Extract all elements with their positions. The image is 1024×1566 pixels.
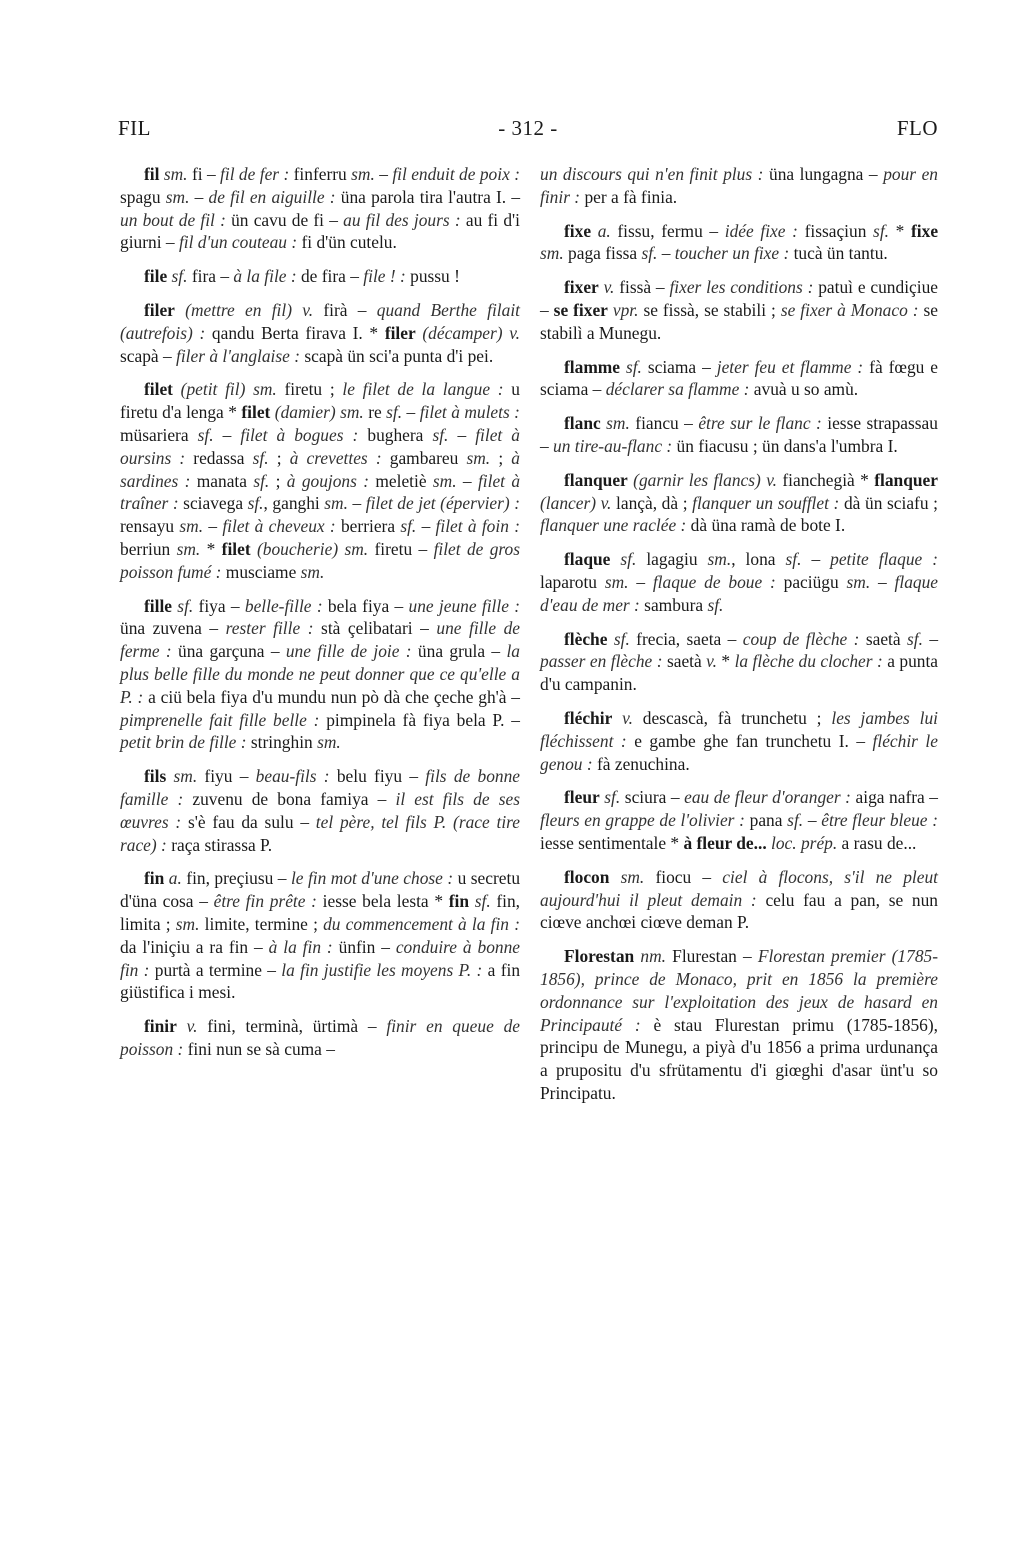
french-text: sm. xyxy=(166,187,190,207)
monegasque-text: a rasu de... xyxy=(837,833,916,853)
monegasque-text: – xyxy=(803,810,821,830)
french-text: être sur le flanc : xyxy=(698,413,822,433)
french-text: coup de flèche : xyxy=(743,629,860,649)
page-header: FIL - 312 - FLO xyxy=(118,116,938,146)
monegasque-text: üna zuvena – xyxy=(120,618,226,638)
french-text: du commencement à la fin : xyxy=(323,914,520,934)
monegasque-text: üna parola tira l'autra I. – xyxy=(336,187,520,207)
french-text: fleurs en grappe de l'olivier : xyxy=(540,810,745,830)
french-text: sf. xyxy=(907,629,923,649)
headword: filet xyxy=(241,402,270,422)
monegasque-text: Flurestan – xyxy=(666,946,758,966)
monegasque-text: de fira – xyxy=(297,266,364,286)
french-text: à la file : xyxy=(233,266,296,286)
french-text: sm. xyxy=(351,164,375,184)
french-text: rester fille : xyxy=(226,618,314,638)
monegasque-text: * xyxy=(717,651,735,671)
monegasque-text: limite, termine ; xyxy=(199,914,323,934)
french-text: beau-fils : xyxy=(256,766,330,786)
left-column: fil sm. fi – fil de fer : finferru sm. –… xyxy=(120,163,520,1072)
french-text: à crevettes : xyxy=(290,448,382,468)
french-text: fil enduit de poix : xyxy=(392,164,520,184)
headword: file xyxy=(144,266,167,286)
monegasque-text: gambareu xyxy=(382,448,467,468)
dictionary-entry-filer: filer (mettre en fil) v. firà – quand Be… xyxy=(120,299,520,367)
french-text: belle-fille : xyxy=(245,596,323,616)
headword: flaque xyxy=(564,549,610,569)
french-text: flaque de boue : xyxy=(653,572,776,592)
monegasque-text: berriera xyxy=(336,516,401,536)
headword: fils xyxy=(144,766,166,786)
monegasque-text: finferru xyxy=(289,164,351,184)
monegasque-text: rensayu xyxy=(120,516,179,536)
monegasque-text: meletiè xyxy=(369,471,433,491)
monegasque-text: paciügu xyxy=(776,572,847,592)
monegasque-text: manata xyxy=(190,471,253,491)
monegasque-text: üna grula – xyxy=(412,641,507,661)
french-text: filet à bogues : xyxy=(240,425,358,445)
dictionary-entry-flanc: flanc sm. fiancu – être sur le flanc : i… xyxy=(540,412,938,458)
monegasque-text: fà zenuchina. xyxy=(593,754,690,774)
french-text: sm. xyxy=(605,572,629,592)
french-text: sf. xyxy=(620,357,642,377)
french-text: sm. xyxy=(433,471,457,491)
french-text: sf. xyxy=(641,243,657,263)
headword: filer xyxy=(144,300,175,320)
dictionary-entry-flocon: flocon sm. fiocu – ciel à flocons, s'il … xyxy=(540,866,938,934)
monegasque-text: lançà, dà ; xyxy=(611,493,692,513)
french-text: sm. xyxy=(176,914,200,934)
monegasque-text: fianchegià * xyxy=(777,470,874,490)
monegasque-text: fini, terminà, ürtimà – xyxy=(197,1016,386,1036)
french-text: à goujons : xyxy=(287,471,369,491)
french-text: sf. xyxy=(432,425,448,445)
headword: fin xyxy=(144,868,164,888)
monegasque-text: – xyxy=(801,549,830,569)
monegasque-text: scapà ün sci'a punta d'i pei. xyxy=(300,346,493,366)
headword: fixe xyxy=(911,221,938,241)
monegasque-text: – xyxy=(402,402,420,422)
headword: à fleur de... xyxy=(683,833,766,853)
french-text: une fille de joie : xyxy=(286,641,412,661)
dictionary-entry-fille: fille sf. fiya – belle-fille : bela fiya… xyxy=(120,595,520,755)
monegasque-text: saetà xyxy=(859,629,907,649)
monegasque-text: laparotu xyxy=(540,572,605,592)
french-text: sf. xyxy=(607,629,629,649)
headword: fleur xyxy=(564,787,600,807)
french-text: la fin justifie les moyens P. : xyxy=(281,960,482,980)
monegasque-text: üna lungagna – xyxy=(763,164,883,184)
french-text: sf. xyxy=(600,787,621,807)
french-text: idée fixe : xyxy=(725,221,798,241)
monegasque-text: pana xyxy=(745,810,787,830)
french-text: sf. xyxy=(873,221,889,241)
french-text: pimprenelle fait fille belle : xyxy=(120,710,319,730)
french-text: file ! : xyxy=(363,266,406,286)
monegasque-text: firetu ; xyxy=(277,379,343,399)
french-text: sm. xyxy=(847,572,871,592)
headword: finir xyxy=(144,1016,177,1036)
french-text: sm. xyxy=(601,413,630,433)
monegasque-text: * xyxy=(889,221,911,241)
monegasque-text: ; xyxy=(490,448,511,468)
french-text: sf. xyxy=(400,516,416,536)
monegasque-text: fissu, fermu – xyxy=(611,221,725,241)
headword: se fixer xyxy=(554,300,608,320)
french-text: (petit fil) sm. xyxy=(173,379,277,399)
french-text: petit brin de fille : xyxy=(120,732,247,752)
headword: fin xyxy=(449,891,469,911)
french-text: sm. xyxy=(179,516,203,536)
monegasque-text: s'è fau da sulu – xyxy=(181,812,316,832)
monegasque-text: berriun xyxy=(120,539,177,559)
french-text: (boucherie) sm. xyxy=(251,539,369,559)
french-text: v. xyxy=(706,651,717,671)
monegasque-text: fin, preçiusu – xyxy=(182,868,291,888)
dictionary-entry-fleur: fleur sf. sciura – eau de fleur d'orange… xyxy=(540,786,938,854)
french-text: v. xyxy=(177,1016,198,1036)
headword: flèche xyxy=(564,629,607,649)
monegasque-text: zuvenu de bona famiya – xyxy=(183,789,395,809)
monegasque-text: sambura xyxy=(640,595,708,615)
monegasque-text: spagu xyxy=(120,187,166,207)
french-text: un bout de fil : xyxy=(120,210,226,230)
monegasque-text: scapà – xyxy=(120,346,176,366)
right-column: un discours qui n'en finit plus : üna lu… xyxy=(540,163,938,1116)
dictionary-entry-fixe: fixe a. fissu, fermu – idée fixe : fissa… xyxy=(540,220,938,266)
monegasque-text: fiya – xyxy=(193,596,245,616)
monegasque-text: iesse bela lesta * xyxy=(317,891,449,911)
french-text: petite flaque : xyxy=(830,549,938,569)
monegasque-text: frecia, saeta – xyxy=(630,629,743,649)
monegasque-text: ün cavu de fi – xyxy=(226,210,343,230)
monegasque-text: fi – xyxy=(188,164,221,184)
monegasque-text: fiancu – xyxy=(630,413,698,433)
french-text: sm. xyxy=(708,549,732,569)
dictionary-entry-filet: filet (petit fil) sm. firetu ; le filet … xyxy=(120,378,520,583)
monegasque-text: müsariera xyxy=(120,425,198,445)
french-text: sm. xyxy=(177,539,201,559)
french-text: vpr. xyxy=(608,300,639,320)
french-text: sf. xyxy=(786,549,802,569)
monegasque-text: fiocu – xyxy=(644,867,722,887)
french-text: sf. xyxy=(167,266,187,286)
french-text: (décamper) v. xyxy=(416,323,520,343)
monegasque-text: saetà xyxy=(663,651,707,671)
monegasque-text: sciavega xyxy=(179,493,248,513)
monegasque-text: stà çelibatari – xyxy=(314,618,437,638)
french-text: (garnir les flancs) v. xyxy=(628,470,777,490)
dictionary-entry-file: file sf. fira – à la file : de fira – fi… xyxy=(120,265,520,288)
french-text: au fil des jours : xyxy=(343,210,461,230)
french-text: eau de fleur d'oranger : xyxy=(684,787,851,807)
monegasque-text: a ciü bela fiya d'u mundu nun pò dà che … xyxy=(143,687,520,707)
french-text: sm. xyxy=(166,766,197,786)
monegasque-text: paga fissa xyxy=(564,243,642,263)
monegasque-text: ünfin – xyxy=(333,937,396,957)
monegasque-text: fissaçiun xyxy=(798,221,873,241)
french-text: de fil en aiguille : xyxy=(209,187,336,207)
monegasque-text: pussu ! xyxy=(406,266,460,286)
monegasque-text: sciama – xyxy=(642,357,717,377)
dictionary-entry-fleche: flèche sf. frecia, saeta – coup de flèch… xyxy=(540,628,938,696)
dictionary-entry-finir-cont: un discours qui n'en finit plus : üna lu… xyxy=(540,163,938,209)
headword: fixe xyxy=(564,221,591,241)
french-text: fil d'un couteau : xyxy=(179,232,297,252)
french-text: le fin mot d'une chose : xyxy=(291,868,453,888)
french-text: sf. xyxy=(469,891,491,911)
french-text: sm. xyxy=(324,493,348,513)
french-text: sf. xyxy=(787,810,803,830)
dictionary-entry-flamme: flamme sf. sciama – jeter feu et flamme … xyxy=(540,356,938,402)
french-text: filet à cheveux : xyxy=(222,516,335,536)
headword: Florestan xyxy=(564,946,634,966)
monegasque-text: se fissà, se stabili ; xyxy=(638,300,780,320)
monegasque-text: fissà – xyxy=(614,277,669,297)
page-number: - 312 - xyxy=(118,116,938,141)
french-text: a. xyxy=(164,868,182,888)
monegasque-text: musciame xyxy=(221,562,300,582)
french-text: une jeune fille : xyxy=(409,596,521,616)
french-text: sm. xyxy=(159,164,187,184)
monegasque-text: ; xyxy=(269,471,287,491)
monegasque-text: – xyxy=(214,425,241,445)
monegasque-text: – xyxy=(629,572,653,592)
french-text: loc. prép. xyxy=(767,833,838,853)
dictionary-entry-fil: fil sm. fi – fil de fer : finferru sm. –… xyxy=(120,163,520,254)
french-text: sf. xyxy=(198,425,214,445)
french-text: v. xyxy=(599,277,615,297)
monegasque-text: – xyxy=(189,187,208,207)
dictionary-entry-fils: fils sm. fiyu – beau-fils : belu fiyu – … xyxy=(120,765,520,856)
french-text: se fixer à Monaco : xyxy=(781,300,919,320)
french-text: jeter feu et flamme : xyxy=(717,357,863,377)
french-text: la flèche du clocher : xyxy=(735,651,883,671)
french-text: v. xyxy=(612,708,633,728)
monegasque-text: firetu – xyxy=(368,539,433,559)
monegasque-text: avuà u so amù. xyxy=(749,379,858,399)
dictionary-entry-fin: fin a. fin, preçiusu – le fin mot d'une … xyxy=(120,867,520,1004)
french-text: être fleur bleue : xyxy=(821,810,938,830)
french-text: (damier) sm. xyxy=(270,402,363,422)
french-text: flanquer un soufflet : xyxy=(692,493,839,513)
monegasque-text: – xyxy=(348,493,366,513)
french-text: être fin prête : xyxy=(214,891,317,911)
monegasque-text: – xyxy=(203,516,222,536)
french-text: filet à mulets : xyxy=(420,402,520,422)
monegasque-text: – xyxy=(448,425,475,445)
monegasque-text: – xyxy=(870,572,894,592)
dictionary-entry-florestan: Florestan nm. Flurestan – Florestan prem… xyxy=(540,945,938,1105)
monegasque-text: – xyxy=(923,629,938,649)
french-text: nm. xyxy=(634,946,666,966)
monegasque-text: pimpinela fà fiya bela P. – xyxy=(319,710,520,730)
monegasque-text: , ganghi xyxy=(264,493,325,513)
monegasque-text: * xyxy=(200,539,221,559)
french-text: filet à foin : xyxy=(436,516,520,536)
monegasque-text: raça stirassa P. xyxy=(167,835,272,855)
monegasque-text: bela fiya – xyxy=(323,596,409,616)
monegasque-text: – xyxy=(457,471,478,491)
french-text: sm. xyxy=(466,448,490,468)
monegasque-text: tucà ün tantu. xyxy=(789,243,888,263)
dictionary-entry-flechir: fléchir v. descascà, fà trunchetu ; les … xyxy=(540,707,938,775)
monegasque-text: per a fà finia. xyxy=(580,187,677,207)
french-text: sf. xyxy=(172,596,193,616)
monegasque-text: ün fiacusu ; ün dans'a l'umbra I. xyxy=(672,436,898,456)
dictionary-entry-finir: finir v. fini, terminà, ürtimà – finir e… xyxy=(120,1015,520,1061)
french-text: fil de fer : xyxy=(220,164,289,184)
monegasque-text: – xyxy=(657,243,674,263)
headword: flanquer xyxy=(874,470,938,490)
headword: fixer xyxy=(564,277,599,297)
french-text: toucher un fixe : xyxy=(675,243,789,263)
french-text: un tire-au-flanc : xyxy=(553,436,672,456)
french-text: fixer les conditions : xyxy=(669,277,813,297)
french-text: (mettre en fil) v. xyxy=(175,300,313,320)
monegasque-text: purtà a termine – xyxy=(149,960,281,980)
headword: flocon xyxy=(564,867,609,887)
monegasque-text: – xyxy=(416,516,435,536)
french-text: sf. xyxy=(253,471,269,491)
french-text: le filet de la langue : xyxy=(342,379,503,399)
french-text: filet de jet (épervier) : xyxy=(366,493,520,513)
headword: filer xyxy=(385,323,416,343)
french-text: (lancer) v. xyxy=(540,493,611,513)
monegasque-text: redassa xyxy=(185,448,252,468)
monegasque-text: , lona xyxy=(731,549,785,569)
french-text: sf. xyxy=(253,448,269,468)
french-text: sf. xyxy=(610,549,636,569)
french-text: sm. xyxy=(609,867,644,887)
headword: fil xyxy=(144,164,159,184)
french-text: sm. xyxy=(317,732,341,752)
dictionary-entry-fixer: fixer v. fissà – fixer les conditions : … xyxy=(540,276,938,344)
headword: filet xyxy=(222,539,251,559)
monegasque-text: sciura – xyxy=(620,787,684,807)
french-text: passer en flèche : xyxy=(540,651,663,671)
monegasque-text: lagagiu xyxy=(636,549,707,569)
monegasque-text: e gambe ghe fan trunchetu I. – xyxy=(627,731,873,751)
monegasque-text: iesse sentimentale * xyxy=(540,833,683,853)
headword: fléchir xyxy=(564,708,612,728)
monegasque-text: bughera xyxy=(358,425,432,445)
monegasque-text: da l'iniçiu a ra fin – xyxy=(120,937,269,957)
monegasque-text: dà üna ramà de bote I. xyxy=(686,515,845,535)
header-guide-word-right: FLO xyxy=(897,116,938,141)
french-text: sm. xyxy=(301,562,325,582)
dictionary-entry-flaque: flaque sf. lagagiu sm., lona sf. – petit… xyxy=(540,548,938,616)
french-text: sf. xyxy=(386,402,402,422)
headword: fille xyxy=(144,596,172,616)
monegasque-text: fira – xyxy=(187,266,233,286)
monegasque-text: fini nun se sà cuma – xyxy=(183,1039,335,1059)
french-text: a. xyxy=(591,221,611,241)
monegasque-text: stringhin xyxy=(247,732,318,752)
headword: flamme xyxy=(564,357,620,377)
monegasque-text: aiga nafra – xyxy=(851,787,938,807)
french-text: déclarer sa flamme : xyxy=(606,379,750,399)
monegasque-text: dà ün sciafu ; xyxy=(839,493,938,513)
french-text: filer à l'anglaise : xyxy=(176,346,300,366)
monegasque-text: üna garçuna – xyxy=(172,641,286,661)
monegasque-text: descascà, fà trunchetu ; xyxy=(633,708,831,728)
monegasque-text: belu fiyu – xyxy=(330,766,426,786)
french-text: flanquer une raclée : xyxy=(540,515,686,535)
headword: flanquer xyxy=(564,470,628,490)
monegasque-text: fiyu – xyxy=(197,766,256,786)
monegasque-text: re xyxy=(364,402,386,422)
french-text: sm. xyxy=(540,243,564,263)
headword: flanc xyxy=(564,413,601,433)
monegasque-text: – xyxy=(375,164,392,184)
french-text: sf. xyxy=(248,493,264,513)
french-text: à la fin : xyxy=(269,937,333,957)
monegasque-text: ; xyxy=(269,448,290,468)
headword: filet xyxy=(144,379,173,399)
french-text: sf. xyxy=(707,595,723,615)
monegasque-text: qandu Berta firava I. * xyxy=(205,323,385,343)
dictionary-entry-flanquer: flanquer (garnir les flancs) v. fiancheg… xyxy=(540,469,938,537)
french-text: un discours qui n'en finit plus : xyxy=(540,164,763,184)
monegasque-text: firà – xyxy=(313,300,377,320)
monegasque-text: fi d'ün cutelu. xyxy=(297,232,397,252)
